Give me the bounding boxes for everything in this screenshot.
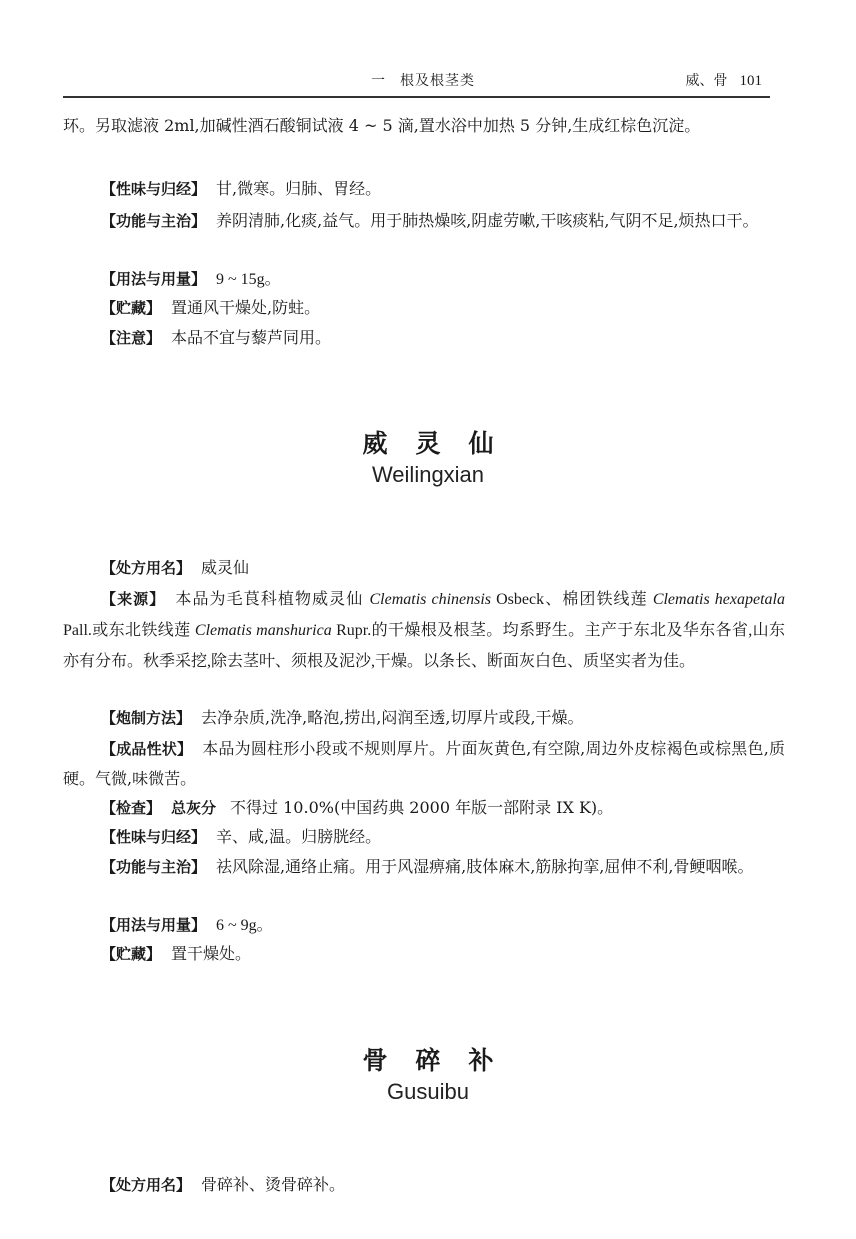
section-label: 【处方用名】	[101, 1176, 191, 1194]
section-text: 本品不宜与藜芦同用。	[171, 328, 331, 347]
product-traits-section: 【成品性状】本品为圆柱形小段或不规则厚片。片面灰黄色,有空隙,周边外皮棕褐色或棕…	[63, 734, 785, 794]
section-label: 【贮藏】	[101, 945, 161, 963]
section-label: 【来源】	[101, 590, 165, 608]
source-text-2: Osbeck、棉团铁线莲	[491, 591, 653, 608]
dosage-section: 【用法与用量】6 ~ 9g。	[63, 911, 785, 940]
section-label: 【注意】	[101, 329, 161, 347]
latin-name-3: Clematis manshurica	[195, 622, 332, 639]
section-label: 【功能与主治】	[101, 858, 206, 876]
header-rule	[63, 96, 770, 98]
section-label: 【成品性状】	[101, 740, 192, 758]
section-text: 9 ~ 15g。	[216, 271, 281, 288]
storage-section: 【贮藏】置干燥处。	[63, 940, 785, 968]
chapter-name: 根及根茎类	[400, 73, 475, 89]
section-label: 【功能与主治】	[101, 212, 206, 230]
entry-title-cn: 威灵仙	[0, 424, 856, 460]
continuation-paragraph: 环。另取滤液 2ml,加碱性酒石酸铜试液 4 ~ 5 滴,置水浴中加热 5 分钟…	[63, 112, 785, 140]
running-title: 威、骨	[686, 73, 728, 89]
prev-nature-meridian: 【性味与归经】甘,微寒。归肺、胃经。	[63, 175, 785, 203]
prev-dosage: 【用法与用量】9 ~ 15g。	[63, 265, 785, 294]
chapter-dash: 一	[371, 73, 386, 89]
section-text: 辛、咸,温。归膀胱经。	[216, 827, 381, 846]
inspection-section: 【检查】总灰分不得过 10.0%(中国药典 2000 年版一部附录 IX K)。	[63, 794, 785, 822]
source-text-3: Pall.或东北铁线莲	[63, 622, 195, 639]
section-label: 【性味与归经】	[101, 828, 206, 846]
section-text: 祛风除湿,通络止痛。用于风湿痹痛,肢体麻木,筋脉拘挛,屈伸不利,骨鲠咽喉。	[216, 857, 753, 876]
source-section: 【来源】本品为毛茛科植物威灵仙 Clematis chinensis Osbec…	[63, 584, 785, 677]
prescription-name: 【处方用名】威灵仙	[63, 554, 785, 582]
section-text: 威灵仙	[201, 558, 249, 577]
section-text: 骨碎补、烫骨碎补。	[201, 1175, 345, 1194]
entry-title-pinyin: Gusuibu	[0, 1079, 856, 1105]
entry-title-cn: 骨碎补	[0, 1041, 856, 1077]
prev-caution: 【注意】本品不宜与藜芦同用。	[63, 324, 785, 352]
section-label: 【性味与归经】	[101, 180, 206, 198]
processing-section: 【炮制方法】去净杂质,洗净,略泡,捞出,闷润至透,切厚片或段,干燥。	[63, 704, 785, 732]
section-text: 6 ~ 9g。	[216, 917, 273, 934]
nature-meridian-section: 【性味与归经】辛、咸,温。归膀胱经。	[63, 823, 785, 851]
section-label: 【检查】	[101, 799, 161, 817]
section-text: 置干燥处。	[171, 944, 251, 963]
section-text: 置通风干燥处,防蛀。	[171, 298, 320, 317]
section-label: 【贮藏】	[101, 299, 161, 317]
section-label: 【处方用名】	[101, 559, 191, 577]
section-label: 【用法与用量】	[101, 270, 206, 288]
prescription-name: 【处方用名】骨碎补、烫骨碎补。	[63, 1171, 785, 1199]
entry-title-pinyin: Weilingxian	[0, 462, 856, 488]
page-number: 101	[740, 73, 763, 89]
latin-name-2: Clematis hexapetala	[653, 591, 785, 608]
source-text-1: 本品为毛茛科植物威灵仙	[175, 589, 369, 608]
section-label: 【用法与用量】	[101, 916, 206, 934]
running-title-block: 威、骨101	[686, 70, 763, 90]
section-label: 【炮制方法】	[101, 709, 191, 727]
functions-section: 【功能与主治】祛风除湿,通络止痛。用于风湿痹痛,肢体麻木,筋脉拘挛,屈伸不利,骨…	[63, 853, 785, 881]
section-text: 去净杂质,洗净,略泡,捞出,闷润至透,切厚片或段,干燥。	[201, 708, 584, 727]
running-header: 一根及根茎类 威、骨101	[63, 64, 770, 96]
section-sublabel: 总灰分	[171, 799, 216, 817]
latin-name-1: Clematis chinensis	[370, 591, 492, 608]
prev-storage: 【贮藏】置通风干燥处,防蛀。	[63, 294, 785, 322]
section-text: 甘,微寒。归肺、胃经。	[216, 179, 381, 198]
section-text: 养阴清肺,化痰,益气。用于肺热燥咳,阴虚劳嗽,干咳痰粘,气阴不足,烦热口干。	[216, 211, 759, 230]
prev-functions: 【功能与主治】养阴清肺,化痰,益气。用于肺热燥咳,阴虚劳嗽,干咳痰粘,气阴不足,…	[63, 207, 785, 235]
chapter-title: 一根及根茎类	[371, 70, 475, 90]
section-text: 不得过 10.0%(中国药典 2000 年版一部附录 IX K)。	[230, 798, 613, 817]
